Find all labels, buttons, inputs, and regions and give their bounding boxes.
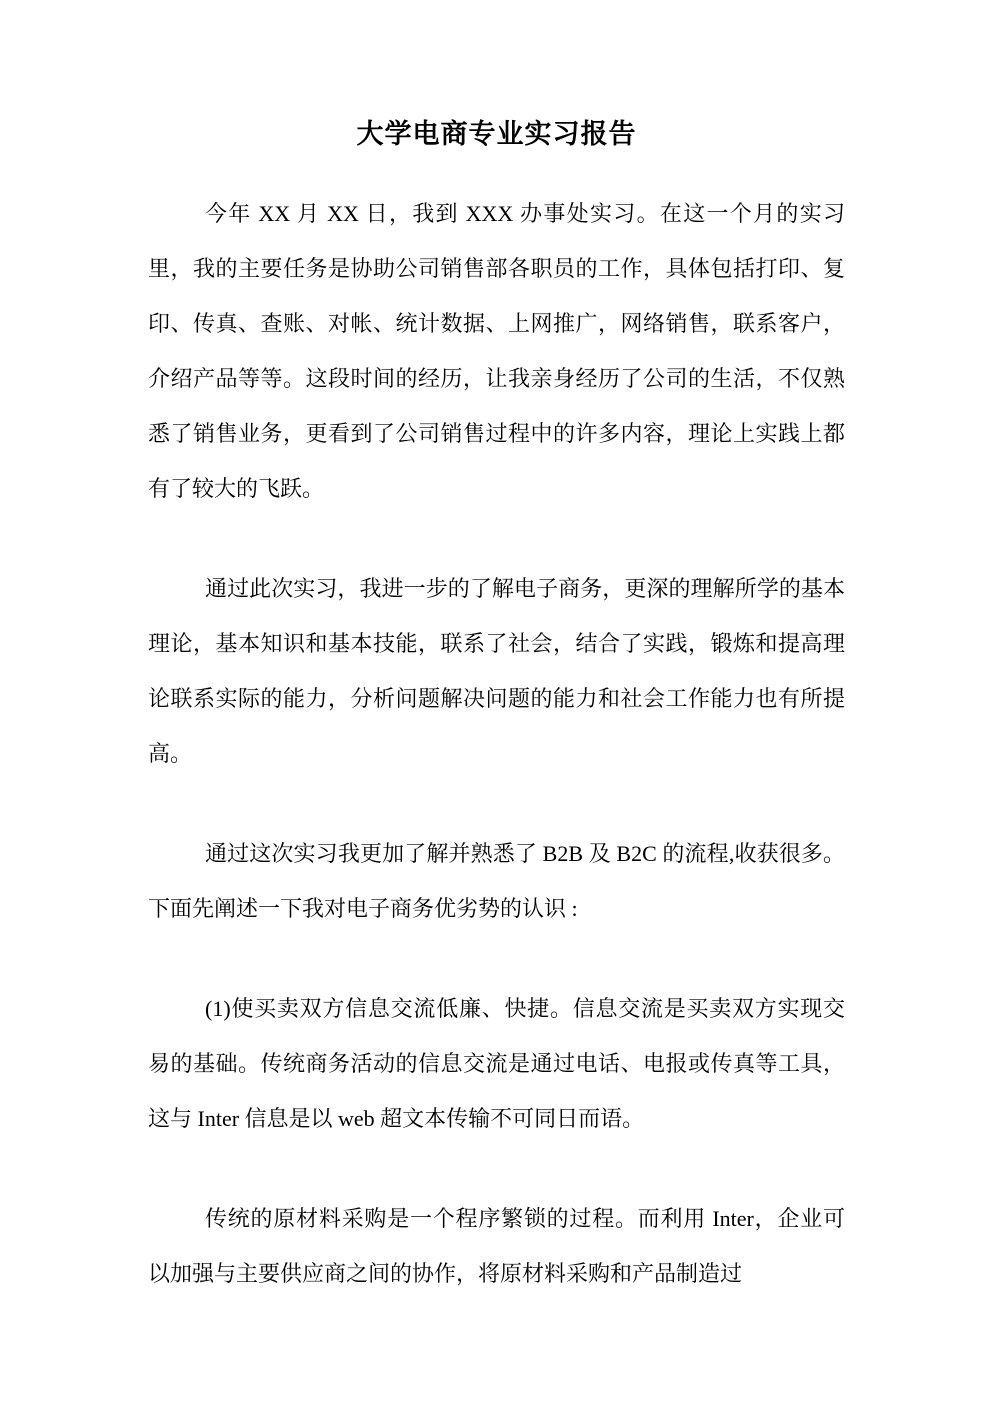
paragraph-procurement: 传统的原材料采购是一个程序繁锁的过程。而利用 Inter，企业可以加强与主要供应…	[148, 1191, 845, 1301]
paragraph-point-1-information-exchange: (1)使买卖双方信息交流低廉、快捷。信息交流是买卖双方实现交易的基础。传统商务活…	[148, 981, 845, 1146]
document-title: 大学电商专业实习报告	[148, 112, 845, 156]
document-page: 大学电商专业实习报告 今年 XX 月 XX 日，我到 XXX 办事处实习。在这一…	[0, 0, 993, 1404]
paragraph-b2b-b2c: 通过这次实习我更加了解并熟悉了 B2B 及 B2C 的流程,收获很多。下面先阐述…	[148, 826, 845, 936]
paragraph-internship-intro: 今年 XX 月 XX 日，我到 XXX 办事处实习。在这一个月的实习里，我的主要…	[148, 186, 845, 516]
paragraph-learning-gains: 通过此次实习，我进一步的了解电子商务，更深的理解所学的基本理论，基本知识和基本技…	[148, 561, 845, 781]
